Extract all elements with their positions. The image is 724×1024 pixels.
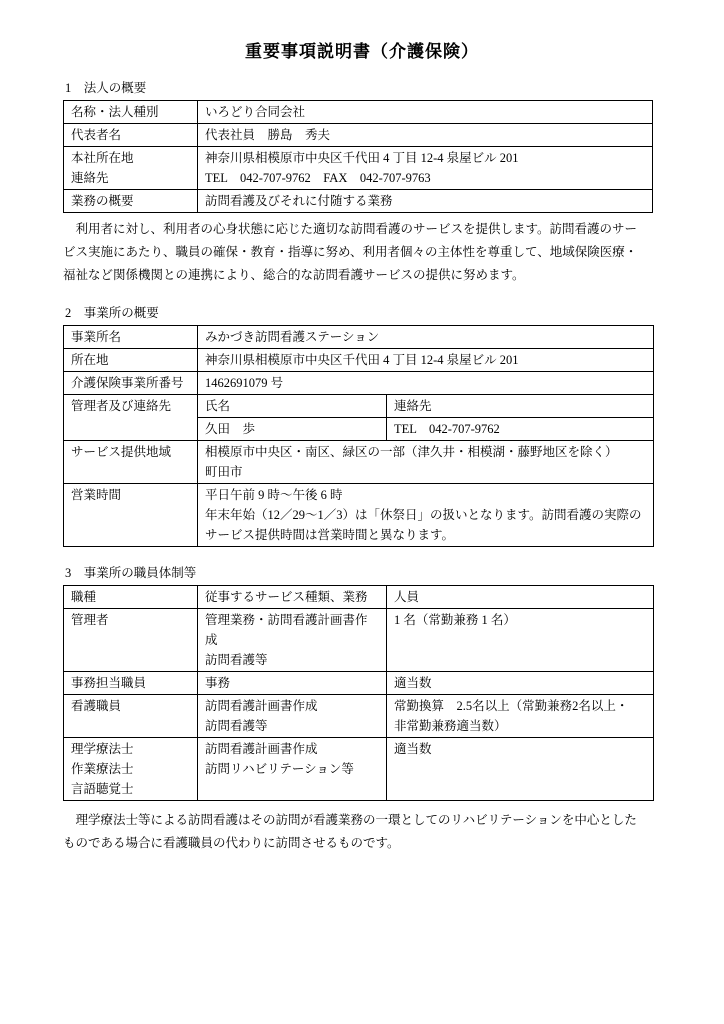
duties-cell: 訪問看護計画書作成 訪問看護等 xyxy=(198,695,387,738)
value-cell: 神奈川県相模原市中央区千代田 4 丁目 12-4 泉屋ビル 201 xyxy=(198,349,654,372)
label-cell: サービス提供地域 xyxy=(64,441,198,484)
service-policy-paragraph: 利用者に対し、利用者の心身状態に応じた適切な訪問看護のサービスを提供します。訪問… xyxy=(63,218,663,287)
document-content: 1 法人の概要 名称・法人種別 いろどり合同会社 代表者名 代表社員 勝島 秀夫… xyxy=(63,79,663,855)
table-row: 事務担当職員 事務 適当数 xyxy=(64,672,654,695)
table-row: 業務の概要 訪問看護及びそれに付随する業務 xyxy=(64,190,653,213)
rehabilitation-note-paragraph: 理学療法士等による訪問看護はその訪問が看護業務の一環としてのリハビリテーションを… xyxy=(63,809,663,855)
table-row: 事業所名 みかづき訪問看護ステーション xyxy=(64,326,654,349)
role-cell: 管理者 xyxy=(64,609,198,672)
label-cell: 介護保険事業所番号 xyxy=(64,372,198,395)
label-cell: 業務の概要 xyxy=(64,190,198,213)
document-page: 重要事項説明書（介護保険） 1 法人の概要 名称・法人種別 いろどり合同会社 代… xyxy=(0,0,724,1024)
manager-name-header-cell: 氏名 xyxy=(198,395,387,418)
manager-contact-value-cell: TEL 042-707-9762 xyxy=(387,418,654,441)
staff-structure-table: 職種 従事するサービス種類、業務 人員 管理者 管理業務・訪問看護計画書作成 訪… xyxy=(63,585,654,801)
value-cell: いろどり合同会社 xyxy=(198,101,653,124)
duties-header-cell: 従事するサービス種類、業務 xyxy=(198,586,387,609)
table-row-manager-header: 管理者及び連絡先 氏名 連絡先 xyxy=(64,395,654,418)
count-header-cell: 人員 xyxy=(387,586,654,609)
table-row: 営業時間 平日午前 9 時～午後 6 時 年末年始（12／29～1／3）は「休祭… xyxy=(64,484,654,547)
label-cell: 名称・法人種別 xyxy=(64,101,198,124)
table-row: 本社所在地 連絡先 神奈川県相模原市中央区千代田 4 丁目 12-4 泉屋ビル … xyxy=(64,147,653,190)
section2-heading: 2 事業所の概要 xyxy=(65,304,663,322)
table-row: 管理者 管理業務・訪問看護計画書作成 訪問看護等 1 名（常勤兼務 1 名） xyxy=(64,609,654,672)
role-cell: 事務担当職員 xyxy=(64,672,198,695)
document-title: 重要事項説明書（介護保険） xyxy=(0,41,724,62)
value-cell: 相模原市中央区・南区、緑区の一部（津久井・相模湖・藤野地区を除く） 町田市 xyxy=(198,441,654,484)
role-cell: 看護職員 xyxy=(64,695,198,738)
manager-name-value-cell: 久田 歩 xyxy=(198,418,387,441)
label-cell: 営業時間 xyxy=(64,484,198,547)
manager-contact-header-cell: 連絡先 xyxy=(387,395,654,418)
count-cell: 適当数 xyxy=(387,738,654,801)
table-header-row: 職種 従事するサービス種類、業務 人員 xyxy=(64,586,654,609)
table-row: 理学療法士 作業療法士 言語聴覚士 訪問看護計画書作成 訪問リハビリテーション等… xyxy=(64,738,654,801)
table-row: 介護保険事業所番号 1462691079 号 xyxy=(64,372,654,395)
count-cell: 1 名（常勤兼務 1 名） xyxy=(387,609,654,672)
office-overview-table: 事業所名 みかづき訪問看護ステーション 所在地 神奈川県相模原市中央区千代田 4… xyxy=(63,325,654,547)
role-header-cell: 職種 xyxy=(64,586,198,609)
table-row: 名称・法人種別 いろどり合同会社 xyxy=(64,101,653,124)
corporation-overview-table: 名称・法人種別 いろどり合同会社 代表者名 代表社員 勝島 秀夫 本社所在地 連… xyxy=(63,100,653,213)
label-cell: 代表者名 xyxy=(64,124,198,147)
duties-cell: 訪問看護計画書作成 訪問リハビリテーション等 xyxy=(198,738,387,801)
label-cell: 本社所在地 連絡先 xyxy=(64,147,198,190)
table-row: 所在地 神奈川県相模原市中央区千代田 4 丁目 12-4 泉屋ビル 201 xyxy=(64,349,654,372)
table-row: 代表者名 代表社員 勝島 秀夫 xyxy=(64,124,653,147)
table-row: 看護職員 訪問看護計画書作成 訪問看護等 常勤換算 2.5名以上（常勤兼務2名以… xyxy=(64,695,654,738)
value-cell: 平日午前 9 時～午後 6 時 年末年始（12／29～1／3）は「休祭日」の扱い… xyxy=(198,484,654,547)
value-cell: みかづき訪問看護ステーション xyxy=(198,326,654,349)
role-cell: 理学療法士 作業療法士 言語聴覚士 xyxy=(64,738,198,801)
count-cell: 適当数 xyxy=(387,672,654,695)
count-cell: 常勤換算 2.5名以上（常勤兼務2名以上・ 非常勤兼務適当数） xyxy=(387,695,654,738)
section3-heading: 3 事業所の職員体制等 xyxy=(65,564,663,582)
section1-heading: 1 法人の概要 xyxy=(65,79,663,97)
duties-cell: 事務 xyxy=(198,672,387,695)
label-cell: 管理者及び連絡先 xyxy=(64,395,198,441)
value-cell: 訪問看護及びそれに付随する業務 xyxy=(198,190,653,213)
table-row: サービス提供地域 相模原市中央区・南区、緑区の一部（津久井・相模湖・藤野地区を除… xyxy=(64,441,654,484)
value-cell: 代表社員 勝島 秀夫 xyxy=(198,124,653,147)
value-cell: 神奈川県相模原市中央区千代田 4 丁目 12-4 泉屋ビル 201 TEL 04… xyxy=(198,147,653,190)
label-cell: 事業所名 xyxy=(64,326,198,349)
value-cell: 1462691079 号 xyxy=(198,372,654,395)
duties-cell: 管理業務・訪問看護計画書作成 訪問看護等 xyxy=(198,609,387,672)
label-cell: 所在地 xyxy=(64,349,198,372)
